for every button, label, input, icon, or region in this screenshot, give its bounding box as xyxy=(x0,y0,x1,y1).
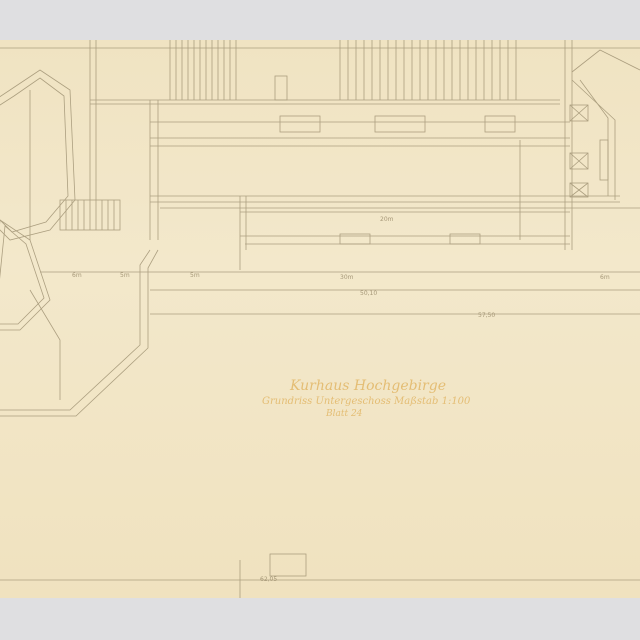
title-line-1: Kurhaus Hochgebirge xyxy=(290,378,446,394)
dimension-left-3: 5m xyxy=(190,272,200,279)
dimension-span-bottom: 62,05 xyxy=(260,576,277,583)
dimension-left-1: 6m xyxy=(72,272,82,279)
title-line-2: Grundriss Untergeschoss Maßstab 1:100 xyxy=(262,396,470,407)
dimension-span-d: 57,50 xyxy=(478,312,495,319)
dimension-mid: 20m xyxy=(380,216,393,223)
blueprint-sheet: 30m 6m 50,10 57,50 62,05 6m 5m 5m 20m Ku… xyxy=(0,40,640,598)
dimension-span-b: 6m xyxy=(600,274,610,281)
dimension-span-a: 30m xyxy=(340,274,353,281)
dimension-span-c: 50,10 xyxy=(360,290,377,297)
title-line-3: Blatt 24 xyxy=(326,409,362,419)
floor-plan-drawing xyxy=(0,40,640,598)
dimension-left-2: 5m xyxy=(120,272,130,279)
